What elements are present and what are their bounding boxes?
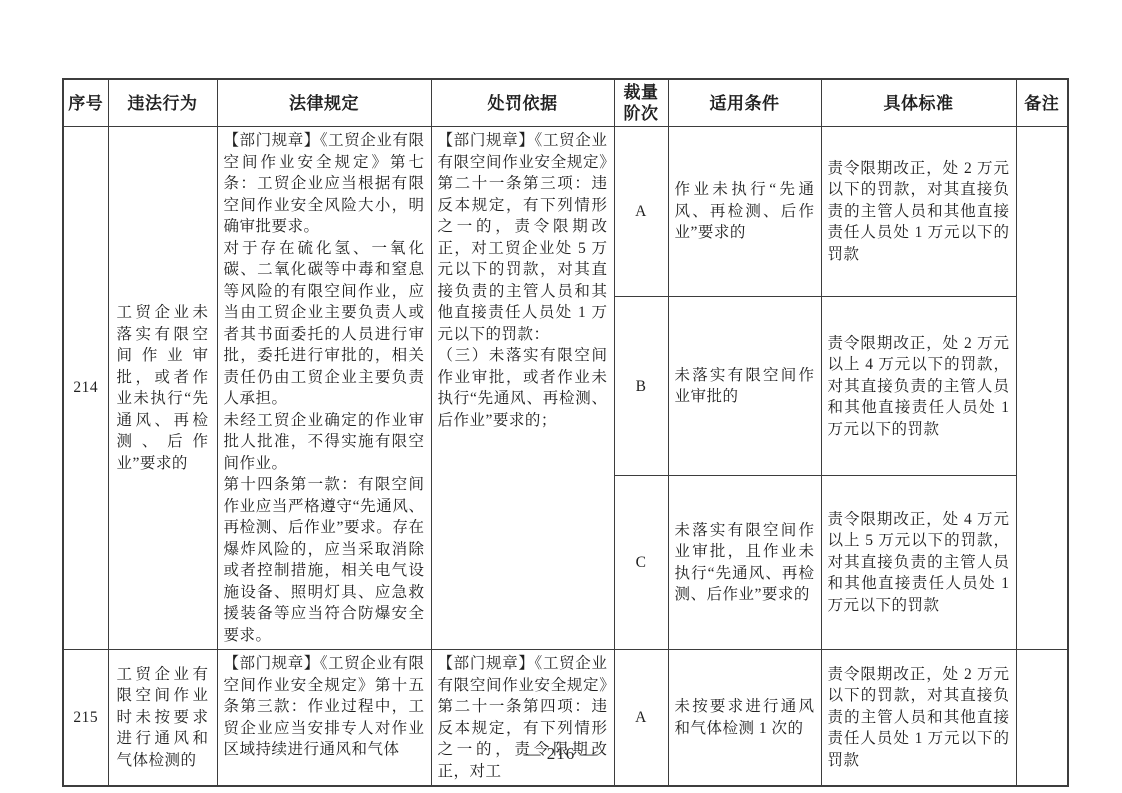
document-page: 序号 违法行为 法律规定 处罚依据 裁量阶次 适用条件 具体标准 备注 214 … [0,0,1122,793]
page-number: — 216 — [0,744,1122,764]
cell-remark-215 [1016,650,1068,787]
cell-condition-215-a: 未按要求进行通风和气体检测 1 次的 [668,650,821,787]
cell-standard-214-c: 责令限期改正，处 4 万元以上 5 万元以下的罚款，对其直接负责的主管人员和其他… [821,476,1016,650]
header-seq: 序号 [63,79,108,127]
header-legal-provision: 法律规定 [217,79,431,127]
cell-condition-214-b: 未落实有限空间作业审批的 [668,297,821,476]
cell-condition-214-a: 作业未执行“先通风、再检测、后作业”要求的 [668,127,821,297]
cell-seq-214: 214 [63,127,108,650]
cell-standard-214-a: 责令限期改正，处 2 万元以下的罚款，对其直接负责的主管人员和其他直接责任人员处… [821,127,1016,297]
penalty-discretion-table: 序号 违法行为 法律规定 处罚依据 裁量阶次 适用条件 具体标准 备注 214 … [62,78,1069,787]
table-row: 214 工贸企业未落实有限空间作业审批，或者作业未执行“先通风、再检测、后作业”… [63,127,1068,297]
cell-violation-215: 工贸企业有限空间作业时未按要求进行通风和气体检测的 [108,650,217,787]
cell-remark-214 [1016,127,1068,650]
cell-penalty-basis-214: 【部门规章】《工贸企业有限空间作业安全规定》第二十一条第三项：违反本规定，有下列… [431,127,614,650]
header-specific-standard: 具体标准 [821,79,1016,127]
cell-standard-214-b: 责令限期改正，处 2 万元以上 4 万元以下的罚款，对其直接负责的主管人员和其他… [821,297,1016,476]
header-discretion-tier: 裁量阶次 [614,79,668,127]
cell-tier-level-214-b: B [614,297,668,476]
cell-legal-provision-215: 【部门规章】《工贸企业有限空间作业安全规定》第十五条第三款：作业过程中，工贸企业… [217,650,431,787]
cell-tier-level-214-c: C [614,476,668,650]
cell-tier-level-214-a: A [614,127,668,297]
cell-legal-provision-214: 【部门规章】《工贸企业有限空间作业安全规定》第七条：工贸企业应当根据有限空间作业… [217,127,431,650]
table-header-row: 序号 违法行为 法律规定 处罚依据 裁量阶次 适用条件 具体标准 备注 [63,79,1068,127]
cell-seq-215: 215 [63,650,108,787]
cell-violation-214: 工贸企业未落实有限空间作业审批，或者作业未执行“先通风、再检测、后作业”要求的 [108,127,217,650]
cell-tier-level-215-a: A [614,650,668,787]
header-remarks: 备注 [1016,79,1068,127]
header-violation: 违法行为 [108,79,217,127]
header-applicable-condition: 适用条件 [668,79,821,127]
cell-standard-215-a: 责令限期改正，处 2 万元以下的罚款，对其直接负责的主管人员和其他直接责任人员处… [821,650,1016,787]
table-row: 215 工贸企业有限空间作业时未按要求进行通风和气体检测的 【部门规章】《工贸企… [63,650,1068,787]
header-penalty-basis: 处罚依据 [431,79,614,127]
cell-condition-214-c: 未落实有限空间作业审批，且作业未执行“先通风、再检测、后作业”要求的 [668,476,821,650]
cell-penalty-basis-215: 【部门规章】《工贸企业有限空间作业安全规定》第二十一条第四项：违反本规定，有下列… [431,650,614,787]
